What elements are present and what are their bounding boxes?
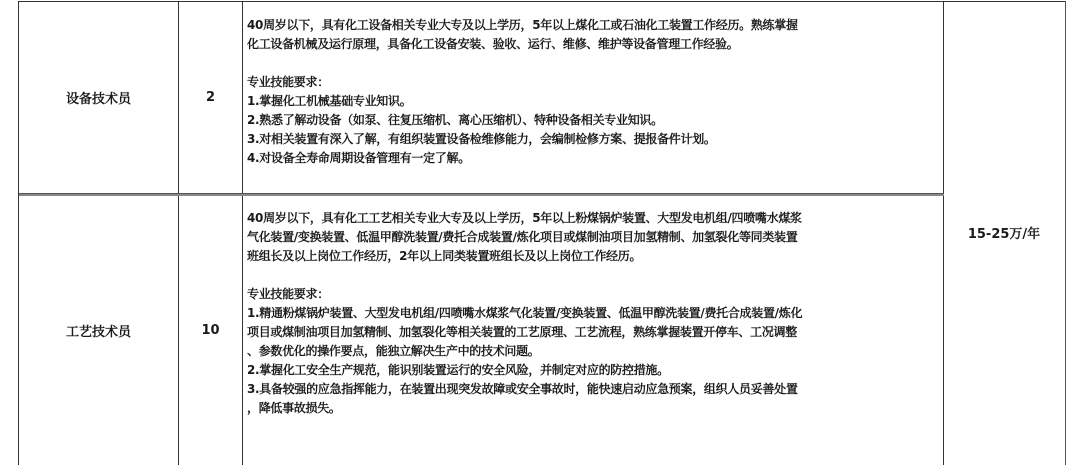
headcount-cell: 10 bbox=[179, 196, 242, 464]
requirements-cell: 40周岁以下，具有化工工艺相关专业大专及以上学历，5年以上粉煤锅炉装置、大型发电… bbox=[243, 203, 943, 465]
requirements-cell: 40周岁以下，具有化工设备相关专业大专及以上学历，5年以上煤化工或石油化工装置工… bbox=[243, 10, 943, 193]
requirement-line: 气化装置/变换装置、低温甲醇洗装置/费托合成装置/炼化项目或煤制油项目加氢精制、… bbox=[247, 228, 937, 247]
requirement-line: 化工设备机械及运行原理，具备化工设备安装、验收、运行、维修、维护等设备管理工作经… bbox=[247, 35, 937, 54]
skill-line: 3.具备较强的应急指挥能力，在装置出现突发故障或安全事故时，能快速启动应急预案，… bbox=[247, 380, 937, 399]
headcount: 2 bbox=[206, 90, 215, 105]
skills-title: 专业技能要求： bbox=[247, 285, 937, 304]
position-name: 设备技术员 bbox=[66, 88, 131, 107]
position-cell: 设备技术员 bbox=[19, 2, 178, 193]
skill-line: ，降低事故损失。 bbox=[247, 399, 937, 418]
headcount: 10 bbox=[201, 323, 219, 338]
skill-line: 4.对设备全寿命周期设备管理有一定了解。 bbox=[247, 149, 937, 168]
skill-line: 2.熟悉了解动设备（如泵、往复压缩机、离心压缩机）、特种设备相关专业知识。 bbox=[247, 111, 937, 130]
job-requirements-table: 设备技术员 2 40周岁以下，具有化工设备相关专业大专及以上学历，5年以上煤化工… bbox=[18, 1, 1066, 465]
skills-title: 专业技能要求： bbox=[247, 73, 937, 92]
requirement-line: 班组长及以上岗位工作经历，2年以上同类装置班组长及以上岗位工作经历。 bbox=[247, 247, 937, 266]
skill-line: 2.掌握化工安全生产规范，能识别装置运行的安全风险，并制定对应的防控措施。 bbox=[247, 361, 937, 380]
position-cell: 工艺技术员 bbox=[19, 196, 178, 464]
skill-line: 项目或煤制油项目加氢精制、加氢裂化等相关装置的工艺原理、工艺流程，熟练掌握装置开… bbox=[247, 323, 937, 342]
position-name: 工艺技术员 bbox=[66, 321, 131, 340]
headcount-cell: 2 bbox=[179, 2, 242, 193]
requirement-line: 40周岁以下，具有化工工艺相关专业大专及以上学历，5年以上粉煤锅炉装置、大型发电… bbox=[247, 209, 937, 228]
skill-line: 、参数优化的操作要点，能独立解决生产中的技术问题。 bbox=[247, 342, 937, 361]
skill-line: 1.精通粉煤锅炉装置、大型发电机组/四喷嘴水煤浆气化装置/变换装置、低温甲醇洗装… bbox=[247, 304, 937, 323]
skill-line: 3.对相关装置有深入了解，有组织装置设备检维修能力，会编制检修方案、提报备件计划… bbox=[247, 130, 937, 149]
salary-cell: 15-25万/年 bbox=[944, 220, 1064, 244]
salary-range: 15-25万/年 bbox=[968, 223, 1040, 242]
requirement-line: 40周岁以下，具有化工设备相关专业大专及以上学历，5年以上煤化工或石油化工装置工… bbox=[247, 16, 937, 35]
skill-line: 1.掌握化工机械基础专业知识。 bbox=[247, 92, 937, 111]
